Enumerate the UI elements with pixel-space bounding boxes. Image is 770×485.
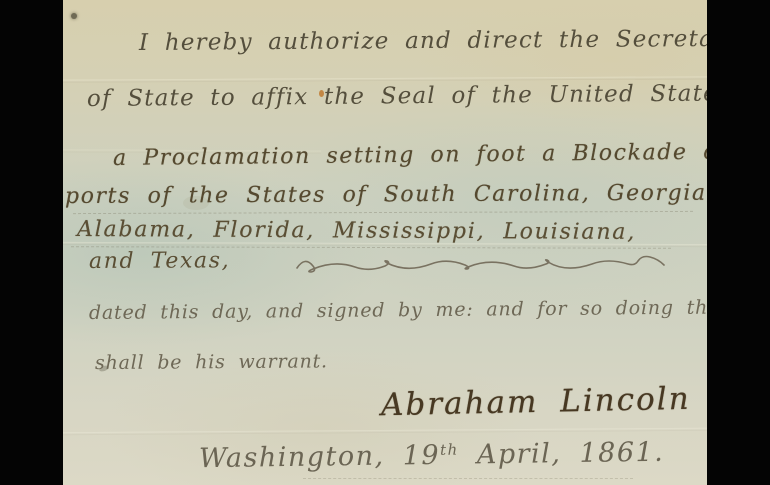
photo-frame: I hereby authorize and direct the Secret… xyxy=(0,0,770,485)
manuscript-line: of State to affix the Seal of the United… xyxy=(87,80,707,112)
lincoln-signature: Abraham Lincoln xyxy=(381,381,691,423)
manuscript-line: and Texas, xyxy=(89,248,230,274)
dateline-ordinal: th xyxy=(440,441,459,459)
pencil-guide-line xyxy=(303,478,633,479)
dateline-rest: April, 1861. xyxy=(459,437,665,471)
manuscript-line: ports of the States of South Carolina, G… xyxy=(65,181,707,209)
paper-hole-speck xyxy=(71,13,77,19)
pencil-guide-line xyxy=(73,211,693,214)
manuscript-line: dated this day, and signed by me: and fo… xyxy=(89,296,707,324)
manuscript-line: Alabama, Florida, Mississippi, Louisiana… xyxy=(77,217,636,245)
document-photo: I hereby authorize and direct the Secret… xyxy=(63,0,707,485)
dateline-city-day: Washington, 19 xyxy=(199,440,440,474)
dateline: Washington, 19th April, 1861. xyxy=(199,437,665,474)
paper-fold-line xyxy=(63,428,707,435)
manuscript-line: shall be his warrant. xyxy=(95,350,328,374)
texas-flourish-squiggle xyxy=(295,254,675,280)
manuscript-line: I hereby authorize and direct the Secret… xyxy=(139,26,707,56)
manuscript-line: a Proclamation setting on foot a Blockad… xyxy=(113,139,707,171)
